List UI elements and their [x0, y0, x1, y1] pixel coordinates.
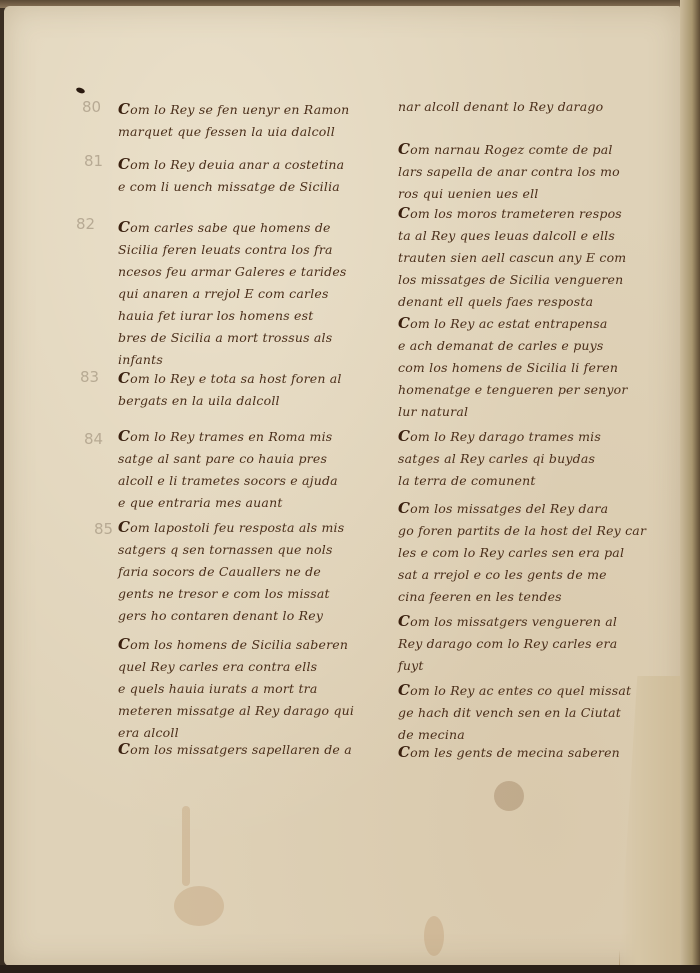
rubric-line: Com carles sabe que homens de: [118, 216, 347, 239]
rubric-entry: Com lo Rey e tota sa host foren al berga…: [118, 367, 342, 412]
rubric-line: Com lo Rey se fen uenyr en Ramon: [118, 98, 349, 121]
rubric-line: quel Rey carles era contra ells: [118, 656, 354, 678]
rubric-line: Com los missatgers vengueren al: [398, 610, 617, 633]
rubric-entry: Com lapostoli feu resposta als mis satge…: [118, 516, 344, 627]
stain: [424, 916, 444, 956]
ink-spots: [494, 781, 524, 811]
rubric-line: ta al Rey ques leuas dalcoll e ells: [398, 225, 626, 247]
rubric-line: les e com lo Rey carles sen era pal: [398, 542, 646, 564]
rubric-line: lur natural: [398, 401, 628, 423]
rubric-line: bergats en la uila dalcoll: [118, 390, 342, 412]
margin-number: 85: [94, 520, 113, 538]
rubric-line: qui anaren a rrejol E com carles: [118, 283, 347, 305]
rubric-line: Com lo Rey e tota sa host foren al: [118, 367, 342, 390]
rubric-line: Com los missatges del Rey dara: [398, 497, 646, 520]
rubric-line: gers ho contaren denant lo Rey: [118, 605, 344, 627]
rubric-line: satge al sant pare co hauia pres: [118, 448, 338, 470]
rubric-line: Com narnau Rogez comte de pal: [398, 138, 620, 161]
rubric-line: Com lo Rey darago trames mis: [398, 425, 601, 448]
rubric-line: satgers q sen tornassen que nols: [118, 539, 344, 561]
rubric-entry: Com carles sabe que homens de Sicilia fe…: [118, 216, 347, 371]
rubric-line: e com li uench missatge de Sicilia: [118, 176, 344, 198]
rubric-line: la terra de comunent: [398, 470, 601, 492]
margin-number: 80: [82, 98, 101, 116]
rubric-entry: Com lo Rey darago trames mis satges al R…: [398, 425, 601, 492]
rubric-entry: Com lo Rey se fen uenyr en Ramon marquet…: [118, 98, 349, 143]
rubric-line: Com lo Rey ac entes co quel missat: [398, 679, 631, 702]
rubric-line: denant ell quels faes resposta: [398, 291, 626, 313]
rubric-line: sat a rrejol e co les gents de me: [398, 564, 646, 586]
rubric-entry: Com lo Rey ac entes co quel missat ge ha…: [398, 679, 631, 746]
rubric-entry: Com los moros trameteren respos ta al Re…: [398, 202, 626, 313]
rubric-line: meteren missatge al Rey darago qui: [118, 700, 354, 722]
rubric-line: Com les gents de mecina saberen: [398, 741, 620, 764]
rubric-line: Rey darago com lo Rey carles era: [398, 633, 617, 655]
rubric-line: com los homens de Sicilia li feren: [398, 357, 628, 379]
rubric-entry: Com narnau Rogez comte de pal lars sapel…: [398, 138, 620, 205]
rubric-line: Com los homens de Sicilia saberen: [118, 633, 354, 656]
rubric-line: Sicilia feren leuats contra los fra: [118, 239, 347, 261]
rubric-line: Com los moros trameteren respos: [398, 202, 626, 225]
rubric-line: alcoll e li trametes socors e ajuda: [118, 470, 338, 492]
rubric-line: satges al Rey carles qi buydas: [398, 448, 601, 470]
drip-stain: [182, 806, 190, 886]
rubric-line: Com los missatgers sapellaren de a: [118, 738, 352, 761]
margin-number: 82: [76, 215, 95, 233]
rubric-entry: Com lo Rey deuia anar a costetina e com …: [118, 153, 344, 198]
rubric-line: faria socors de Cauallers ne de: [118, 561, 344, 583]
rubric-entry: Com les gents de mecina saberen: [398, 741, 620, 764]
rubric-continuation: nar alcoll denant lo Rey darago: [398, 96, 603, 118]
rubric-line: Com lo Rey ac estat entrapensa: [398, 312, 628, 335]
rubric-line: gents ne tresor e com los missat: [118, 583, 344, 605]
book-spine-edge: [680, 0, 700, 973]
rubric-line: cina feeren en les tendes: [398, 586, 646, 608]
rubric-line: e ach demanat de carles e puys: [398, 335, 628, 357]
rubric-line: hauia fet iurar los homens est: [118, 305, 347, 327]
rubric-line: trauten sien aell cascun any E com: [398, 247, 626, 269]
rubric-line: go foren partits de la host del Rey car: [398, 520, 646, 542]
rubric-line: marquet que fessen la uia dalcoll: [118, 121, 349, 143]
rubric-line: Com lo Rey deuia anar a costetina: [118, 153, 344, 176]
rubric-line: nar alcoll denant lo Rey darago: [398, 96, 603, 118]
rubric-line: ncesos feu armar Galeres e tarides: [118, 261, 347, 283]
rubric-entry: Com los missatges del Rey dara go foren …: [398, 497, 646, 608]
rubric-line: fuyt: [398, 655, 617, 677]
rubric-entry: Com lo Rey ac estat entrapensa e ach dem…: [398, 312, 628, 423]
rubric-line: ge hach dit vench sen en la Ciutat: [398, 702, 631, 724]
rubric-entry: Com los missatgers sapellaren de a: [118, 738, 352, 761]
rubric-line: e que entraria mes auant: [118, 492, 338, 514]
rubric-line: bres de Sicilia a mort trossus als: [118, 327, 347, 349]
water-stain: [174, 886, 224, 926]
rubric-line: e quels hauia iurats a mort tra: [118, 678, 354, 700]
rubric-line: lars sapella de anar contra los mo: [398, 161, 620, 183]
rubric-entry: Com lo Rey trames en Roma mis satge al s…: [118, 425, 338, 514]
rubric-line: homenatge e tengueren per senyor: [398, 379, 628, 401]
rubric-entry: Com los missatgers vengueren al Rey dara…: [398, 610, 617, 677]
rubric-line: Com lapostoli feu resposta als mis: [118, 516, 344, 539]
rubric-line: Com lo Rey trames en Roma mis: [118, 425, 338, 448]
book-bottom-edge: [0, 965, 700, 973]
margin-number: 84: [84, 430, 103, 448]
rubric-entry: Com los homens de Sicilia saberen quel R…: [118, 633, 354, 744]
margin-number: 81: [84, 152, 103, 170]
margin-number: 83: [80, 368, 99, 386]
rubric-line: los missatges de Sicilia vengueren: [398, 269, 626, 291]
